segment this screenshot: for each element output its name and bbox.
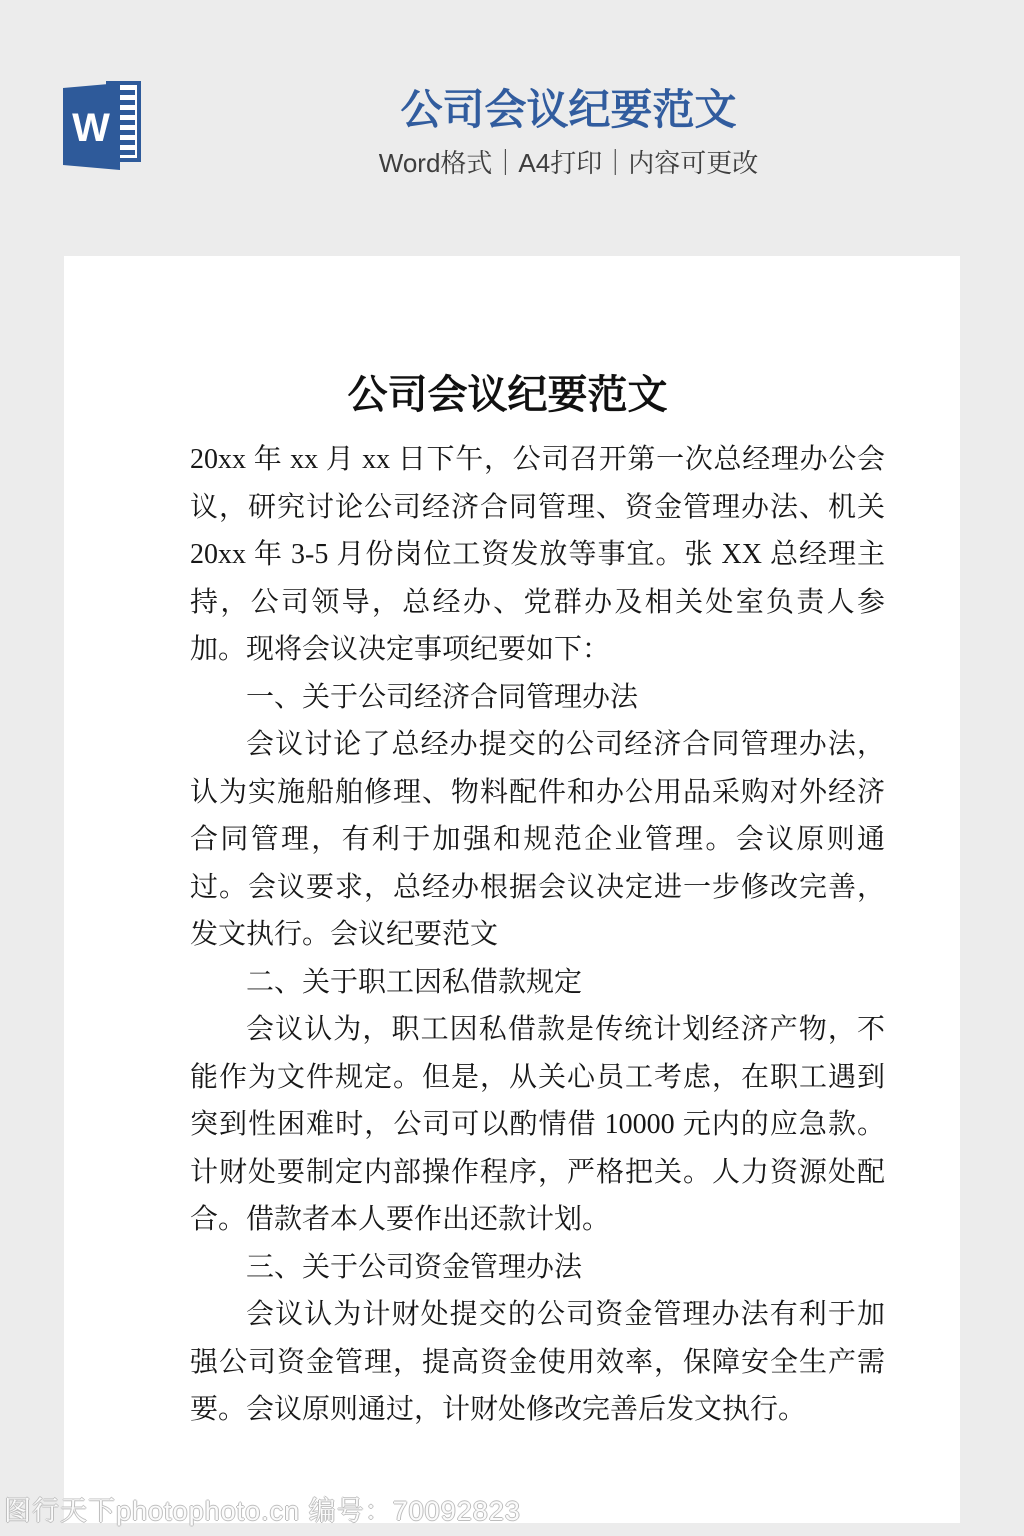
document-content: 公司会议纪要范文 20xx 年 xx 月 xx 日下午，公司召开第一次总经理办公…	[64, 256, 960, 1434]
paragraph: 20xx 年 xx 月 xx 日下午，公司召开第一次总经理办公会议，研究讨论公司…	[190, 436, 885, 674]
template-title: 公司会议纪要范文	[185, 84, 952, 136]
word-file-icon: W	[62, 80, 142, 172]
template-subtitle: Word格式｜A4打印｜内容可更改	[185, 148, 952, 178]
document-page: 公司会议纪要范文 20xx 年 xx 月 xx 日下午，公司召开第一次总经理办公…	[64, 256, 960, 1523]
section-heading: 二、关于职工因私借款规定	[190, 959, 885, 1007]
document-body: 20xx 年 xx 月 xx 日下午，公司召开第一次总经理办公会议，研究讨论公司…	[190, 436, 885, 1434]
paragraph: 会议讨论了总经办提交的公司经济合同管理办法，认为实施船舶修理、物料配件和办公用品…	[190, 721, 885, 959]
section-heading: 三、关于公司资金管理办法	[190, 1244, 885, 1292]
template-preview-page: W 公司会议纪要范文 Word格式｜A4打印｜内容可更改 公司会议纪要范文 20…	[0, 0, 1024, 1536]
document-title: 公司会议纪要范文	[160, 370, 855, 420]
paragraph: 会议认为，职工因私借款是传统计划经济产物，不能作为文件规定。但是，从关心员工考虑…	[190, 1006, 885, 1244]
word-icon-letter: W	[72, 106, 110, 150]
section-heading: 一、关于公司经济合同管理办法	[190, 674, 885, 722]
paragraph: 会议认为计财处提交的公司资金管理办法有利于加强公司资金管理，提高资金使用效率，保…	[190, 1291, 885, 1434]
header: W 公司会议纪要范文 Word格式｜A4打印｜内容可更改	[0, 0, 1024, 256]
watermark-text: 图行天下photophoto.cn 编号：70092823	[4, 1489, 521, 1528]
header-text-block: 公司会议纪要范文 Word格式｜A4打印｜内容可更改	[185, 84, 952, 178]
